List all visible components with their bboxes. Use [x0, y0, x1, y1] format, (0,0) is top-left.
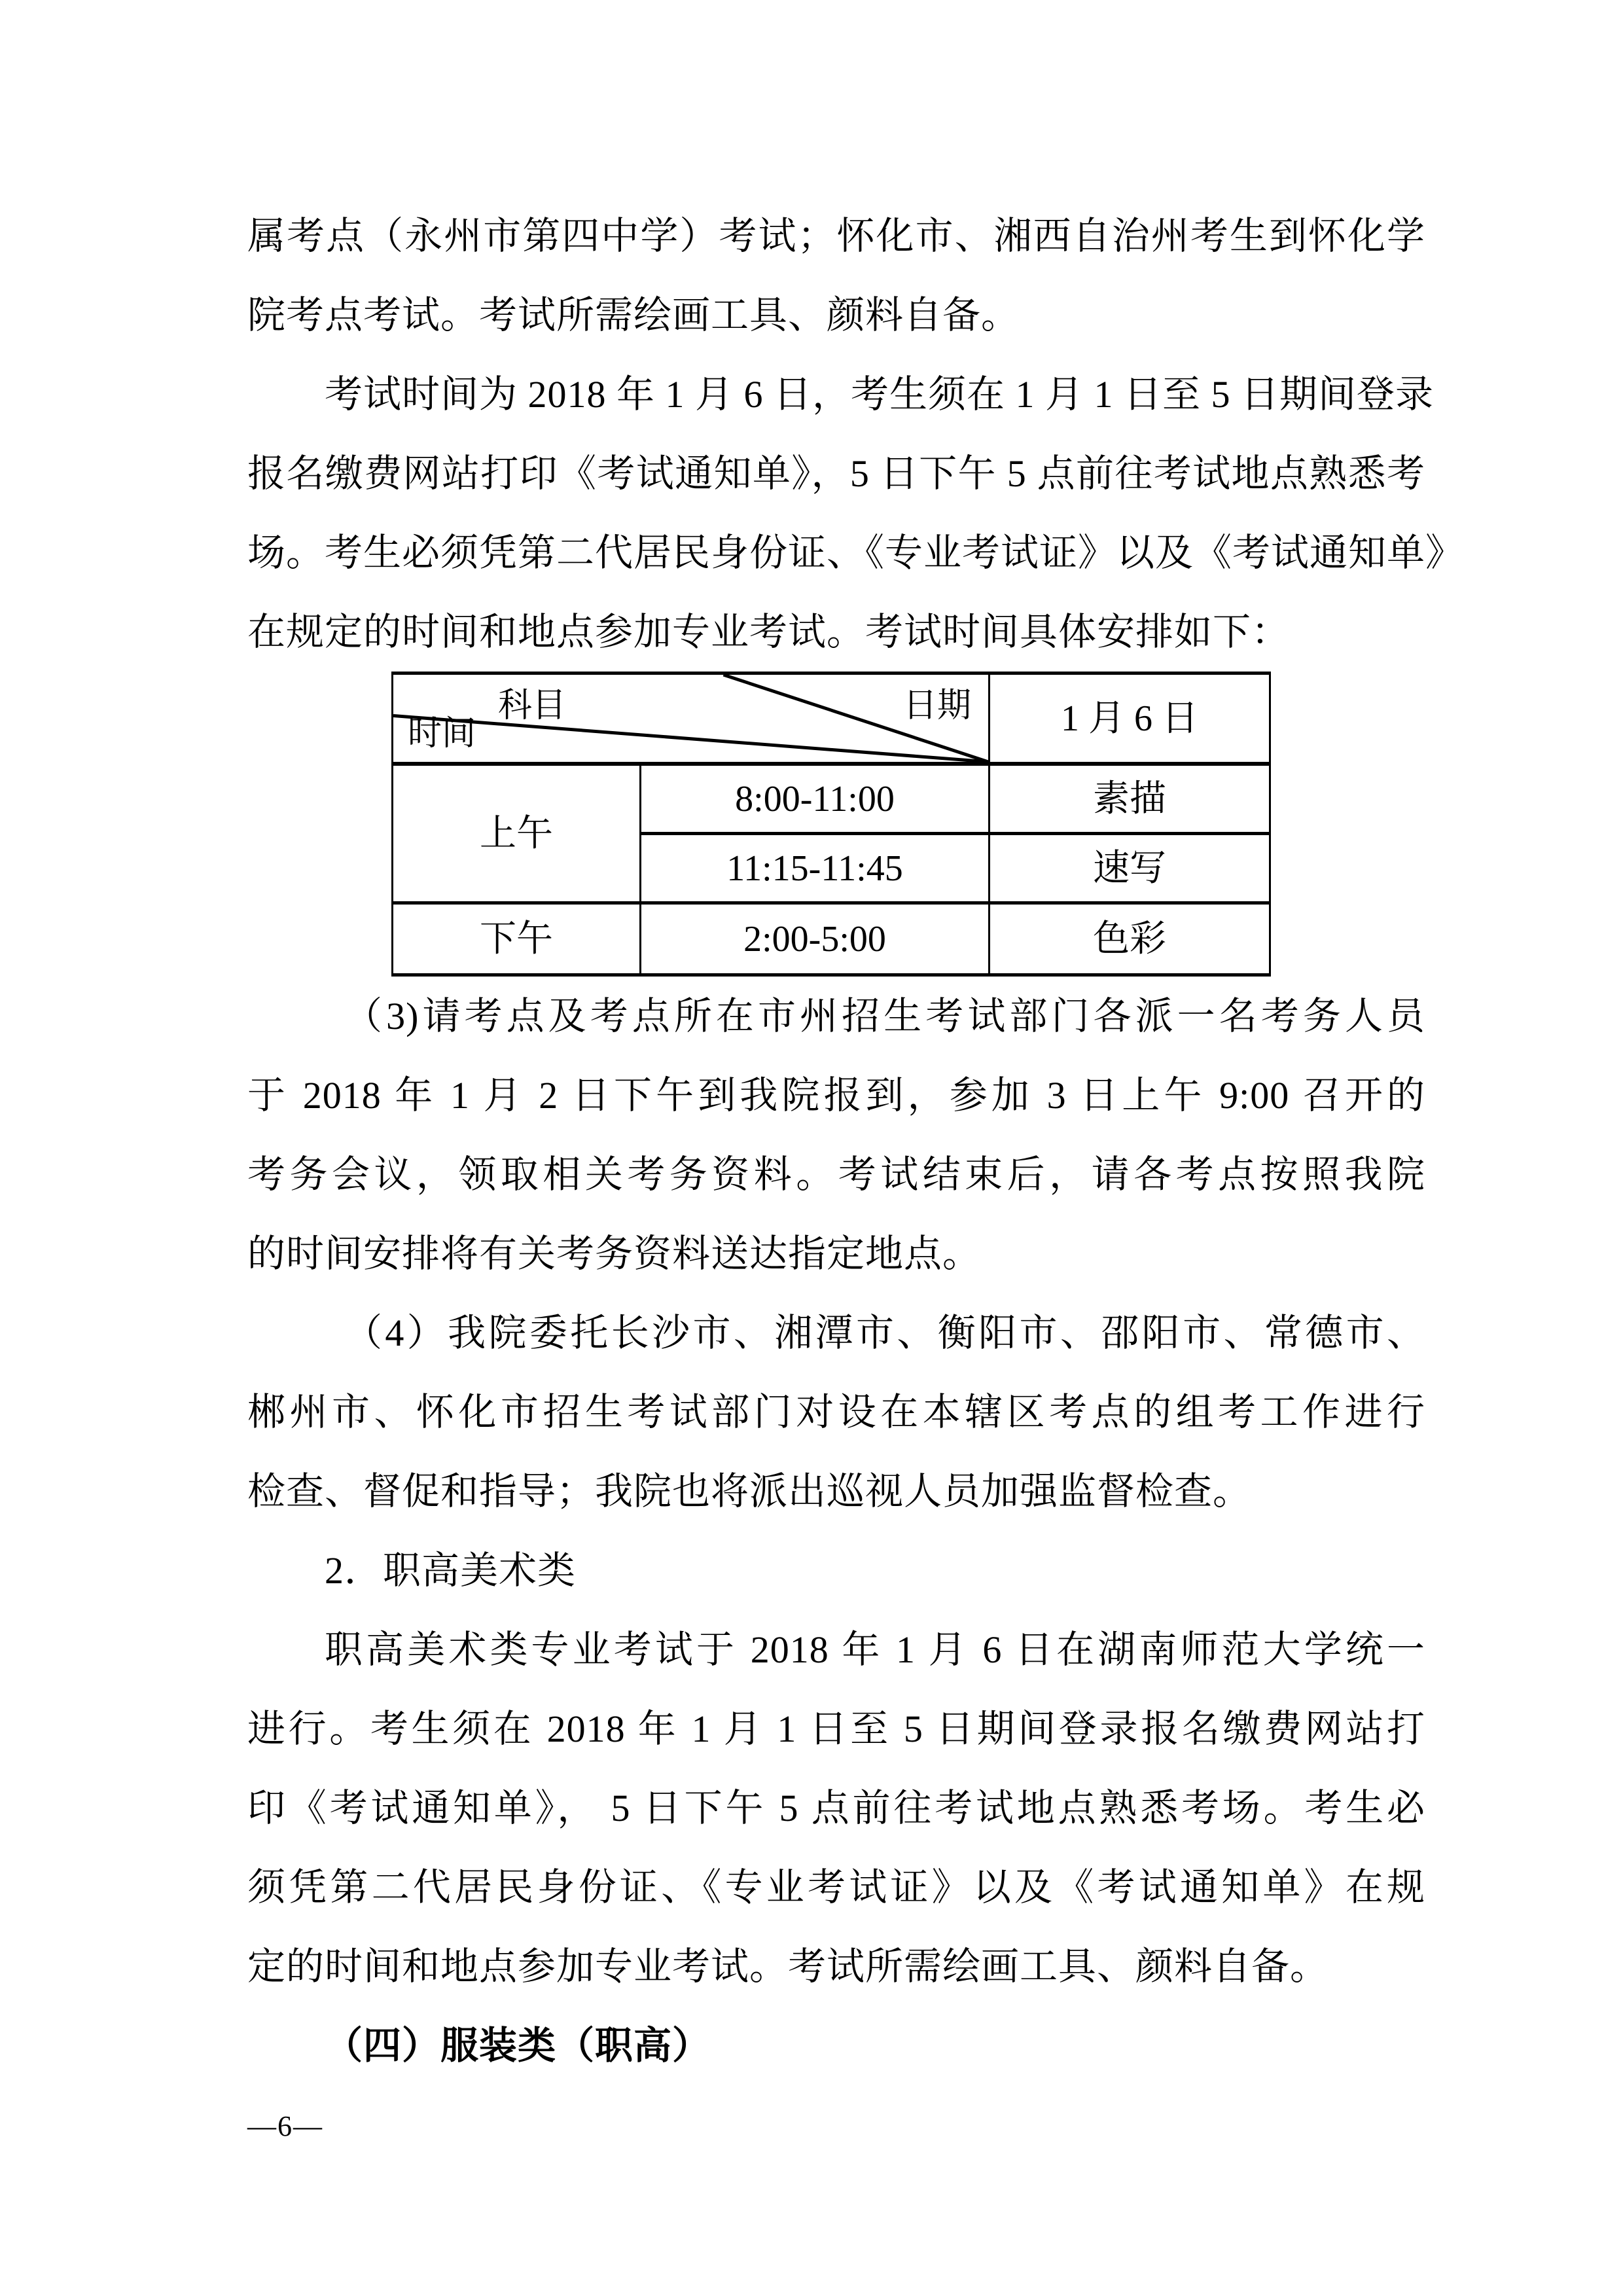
- text-line: 须凭第二代居民身份证、《专业考试证》以及《考试通知单》在规: [247, 1848, 1425, 1927]
- text-line: 场。考生必须凭第二代居民身份证、《专业考试证》以及《考试通知单》: [247, 513, 1425, 592]
- body-text-after-table: （3)请考点及考点所在市州招生考试部门各派一名考务人员 于 2018 年 1 月…: [247, 977, 1425, 2085]
- text-line: 定的时间和地点参加专业考试。考试所需绘画工具、颜料自备。: [247, 1927, 1425, 2006]
- page-number: —6—: [247, 2108, 1425, 2145]
- text-line: 检查、督促和指导；我院也将派出巡视人员加强监督检查。: [247, 1452, 1425, 1531]
- corner-subject-label: 科目: [498, 689, 566, 723]
- text-line: 进行。考生须在 2018 年 1 月 1 日至 5 日期间登录报名缴费网站打: [247, 1689, 1425, 1768]
- table-time-cell: 11:15-11:45: [641, 834, 990, 903]
- body-text-before-table: 属考点（永州市第四中学）考试；怀化市、湘西自治州考生到怀化学 院考点考试。考试所…: [247, 196, 1425, 672]
- table-subject-cell: 速写: [990, 834, 1270, 903]
- text-line: 报名缴费网站打印《考试通知单》，5 日下午 5 点前往考试地点熟悉考: [247, 434, 1425, 513]
- text-line: （3)请考点及考点所在市州招生考试部门各派一名考务人员: [247, 977, 1425, 1056]
- text-line: 属考点（永州市第四中学）考试；怀化市、湘西自治州考生到怀化学: [247, 196, 1425, 276]
- text-line: 考务会议，领取相关考务资料。考试结束后，请各考点按照我院: [247, 1135, 1425, 1214]
- text-line: 考试时间为 2018 年 1 月 6 日，考生须在 1 月 1 日至 5 日期间…: [247, 355, 1425, 434]
- text-line: 院考点考试。考试所需绘画工具、颜料自备。: [247, 276, 1425, 355]
- document-page: 属考点（永州市第四中学）考试；怀化市、湘西自治州考生到怀化学 院考点考试。考试所…: [0, 0, 1623, 2296]
- table-time-cell: 2:00-5:00: [641, 903, 990, 975]
- text-line: （四）服装类（职高）: [247, 2006, 1425, 2085]
- diagonal-divider-lines: [393, 675, 988, 762]
- text-line: 2．职高美术类: [247, 1531, 1425, 1610]
- text-line: 郴州市、怀化市招生考试部门对设在本辖区考点的组考工作进行: [247, 1372, 1425, 1452]
- table-period-cell: 下午: [393, 903, 641, 975]
- table-period-cell: 上午: [393, 764, 641, 903]
- text-line: （4）我院委托长沙市、湘潭市、衡阳市、邵阳市、常德市、: [247, 1293, 1425, 1372]
- table-subject-cell: 素描: [990, 764, 1270, 834]
- exam-schedule-table: 科目 日期 时间 1 月 6 日 上午 8:00-11:00 素描 11:15-…: [391, 672, 1271, 977]
- text-line: 职高美术类专业考试于 2018 年 1 月 6 日在湖南师范大学统一: [247, 1610, 1425, 1689]
- table-corner-cell: 科目 日期 时间: [393, 673, 990, 764]
- table-time-cell: 8:00-11:00: [641, 764, 990, 834]
- table-date-header: 1 月 6 日: [990, 673, 1270, 764]
- table-subject-cell: 色彩: [990, 903, 1270, 975]
- text-line: 于 2018 年 1 月 2 日下午到我院报到，参加 3 日上午 9:00 召开…: [247, 1056, 1425, 1135]
- corner-date-label: 日期: [903, 689, 971, 723]
- text-line: 的时间安排将有关考务资料送达指定地点。: [247, 1214, 1425, 1293]
- corner-time-label: 时间: [408, 717, 476, 751]
- text-line: 在规定的时间和地点参加专业考试。考试时间具体安排如下：: [247, 592, 1425, 672]
- text-line: 印《考试通知单》， 5 日下午 5 点前往考试地点熟悉考场。考生必: [247, 1768, 1425, 1848]
